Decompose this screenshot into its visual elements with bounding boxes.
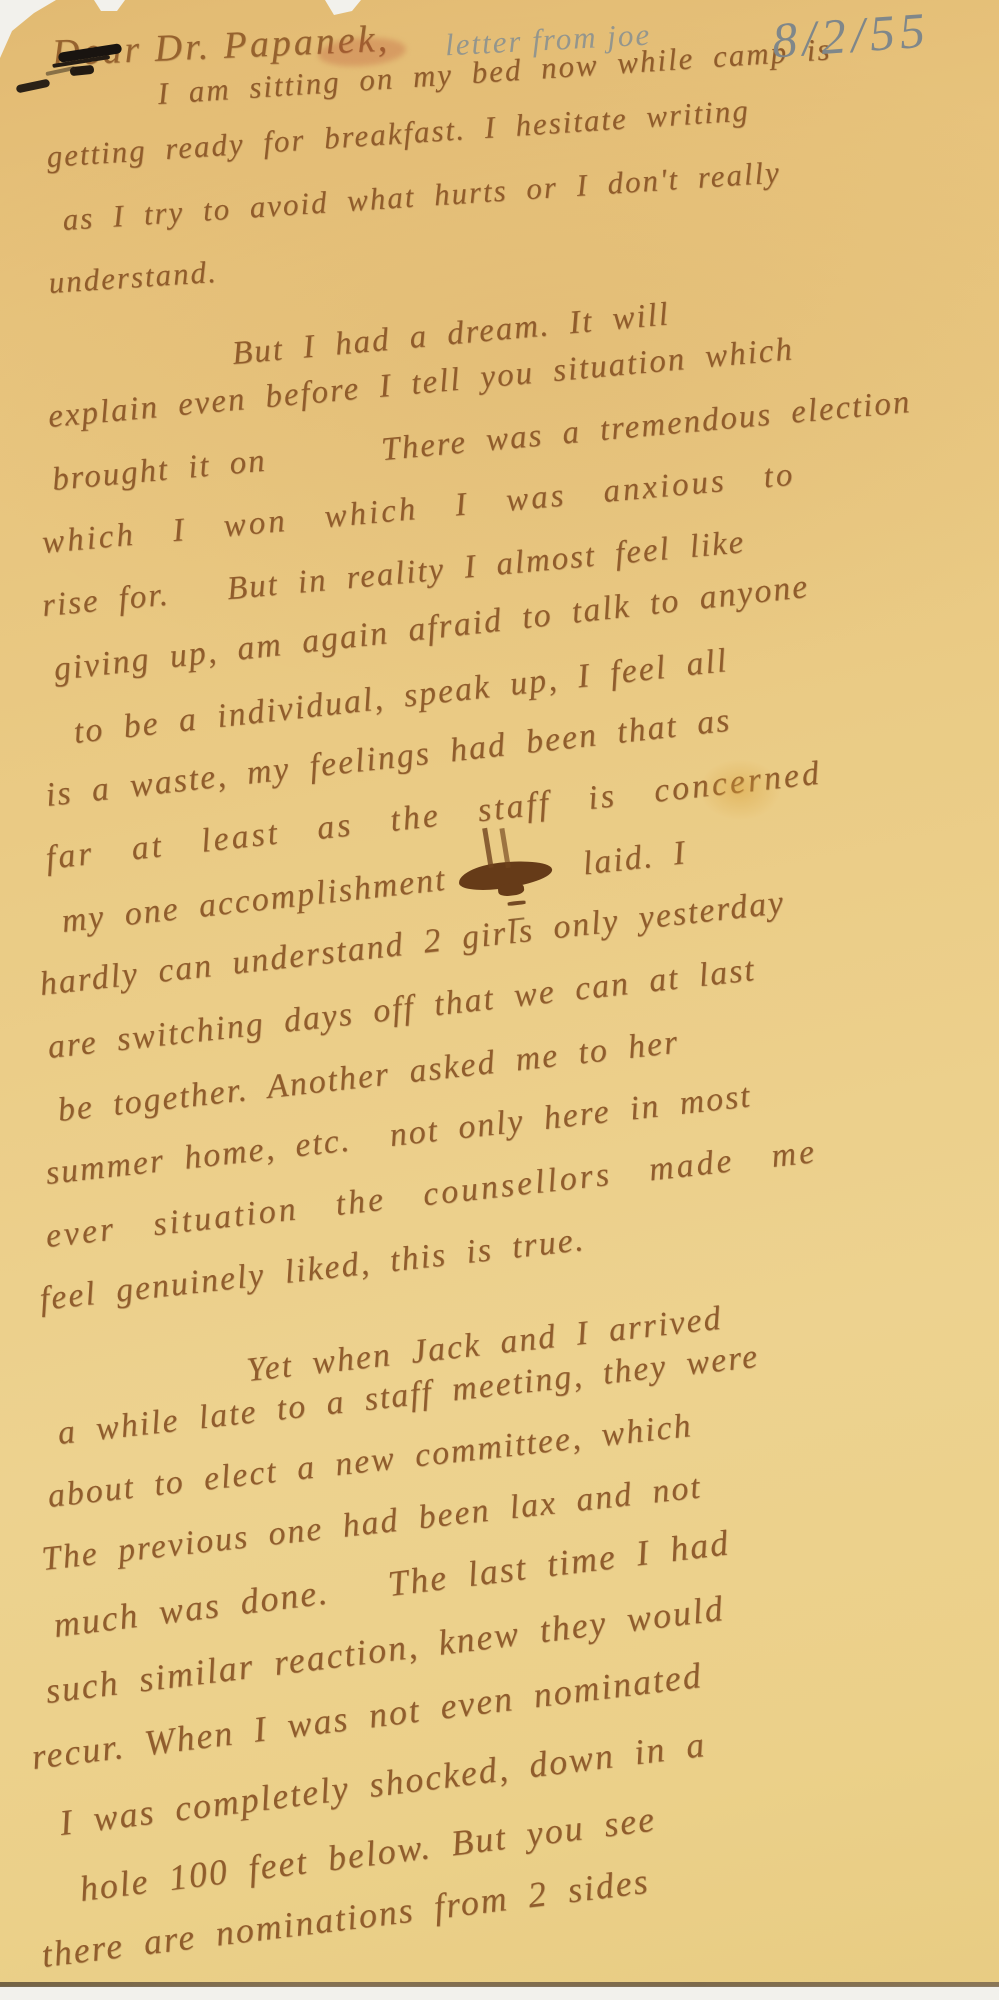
- letter-body: I am sitting on my bed now while camp is…: [34, 76, 994, 2000]
- crossed-out-ink-blot: [457, 857, 553, 893]
- scanned-letter-page: Dear Dr. Papanek, letter from joe 8/2/55…: [0, 0, 999, 2000]
- paper-stain: [700, 760, 780, 820]
- pencil-date: 8/2/55: [770, 1, 931, 70]
